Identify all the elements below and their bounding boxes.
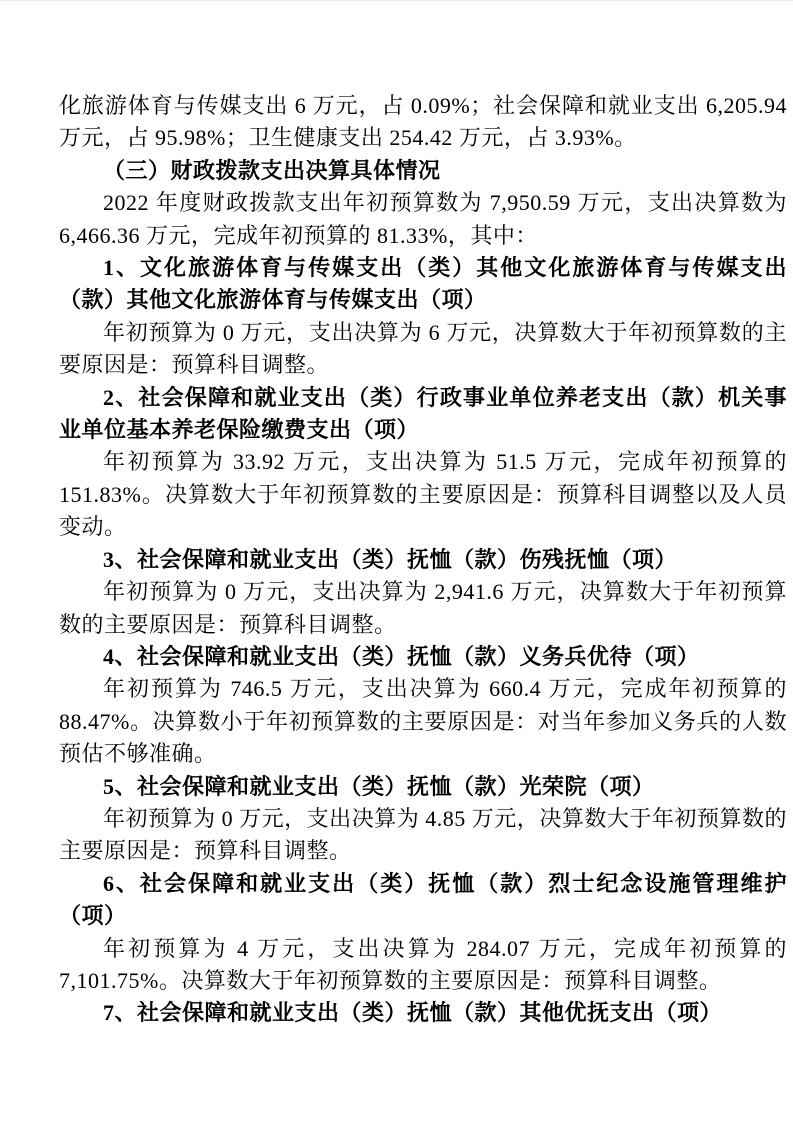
item-heading: 2、社会保障和就业支出（类）行政事业单位养老支出（款）机关事业单位基本养老保险缴… xyxy=(59,382,787,447)
body-paragraph: 年初预算为 0 万元，支出决算为 2,941.6 万元，决算数大于年初预算数的主… xyxy=(59,576,787,641)
body-paragraph: 年初预算为 4 万元，支出决算为 284.07 万元，完成年初预算的 7,101… xyxy=(59,933,787,998)
body-paragraph: 年初预算为 33.92 万元，支出决算为 51.5 万元，完成年初预算的 151… xyxy=(59,446,787,543)
item-heading: 4、社会保障和就业支出（类）抚恤（款）义务兵优待（项） xyxy=(59,641,787,673)
document-page: 化旅游体育与传媒支出 6 万元，占 0.09%；社会保障和就业支出 6,205.… xyxy=(0,0,793,1122)
body-paragraph: 2022 年度财政拨款支出年初预算数为 7,950.59 万元，支出决算数为 6… xyxy=(59,187,787,252)
item-heading: 6、社会保障和就业支出（类）抚恤（款）烈士纪念设施管理维护（项） xyxy=(59,868,787,933)
body-paragraph: 年初预算为 0 万元，支出决算为 4.85 万元，决算数大于年初预算数的主要原因… xyxy=(59,803,787,868)
body-paragraph: 化旅游体育与传媒支出 6 万元，占 0.09%；社会保障和就业支出 6,205.… xyxy=(59,90,787,155)
document-text-block: 化旅游体育与传媒支出 6 万元，占 0.09%；社会保障和就业支出 6,205.… xyxy=(59,90,787,1030)
body-paragraph: 年初预算为 746.5 万元，支出决算为 660.4 万元，完成年初预算的 88… xyxy=(59,673,787,770)
item-heading: 1、文化旅游体育与传媒支出（类）其他文化旅游体育与传媒支出（款）其他文化旅游体育… xyxy=(59,252,787,317)
item-heading: 3、社会保障和就业支出（类）抚恤（款）伤残抚恤（项） xyxy=(59,544,787,576)
item-heading: 7、社会保障和就业支出（类）抚恤（款）其他优抚支出（项） xyxy=(59,997,787,1029)
body-paragraph: 年初预算为 0 万元，支出决算为 6 万元，决算数大于年初预算数的主要原因是：预… xyxy=(59,317,787,382)
section-heading: （三）财政拨款支出决算具体情况 xyxy=(59,155,787,187)
item-heading: 5、社会保障和就业支出（类）抚恤（款）光荣院（项） xyxy=(59,771,787,803)
